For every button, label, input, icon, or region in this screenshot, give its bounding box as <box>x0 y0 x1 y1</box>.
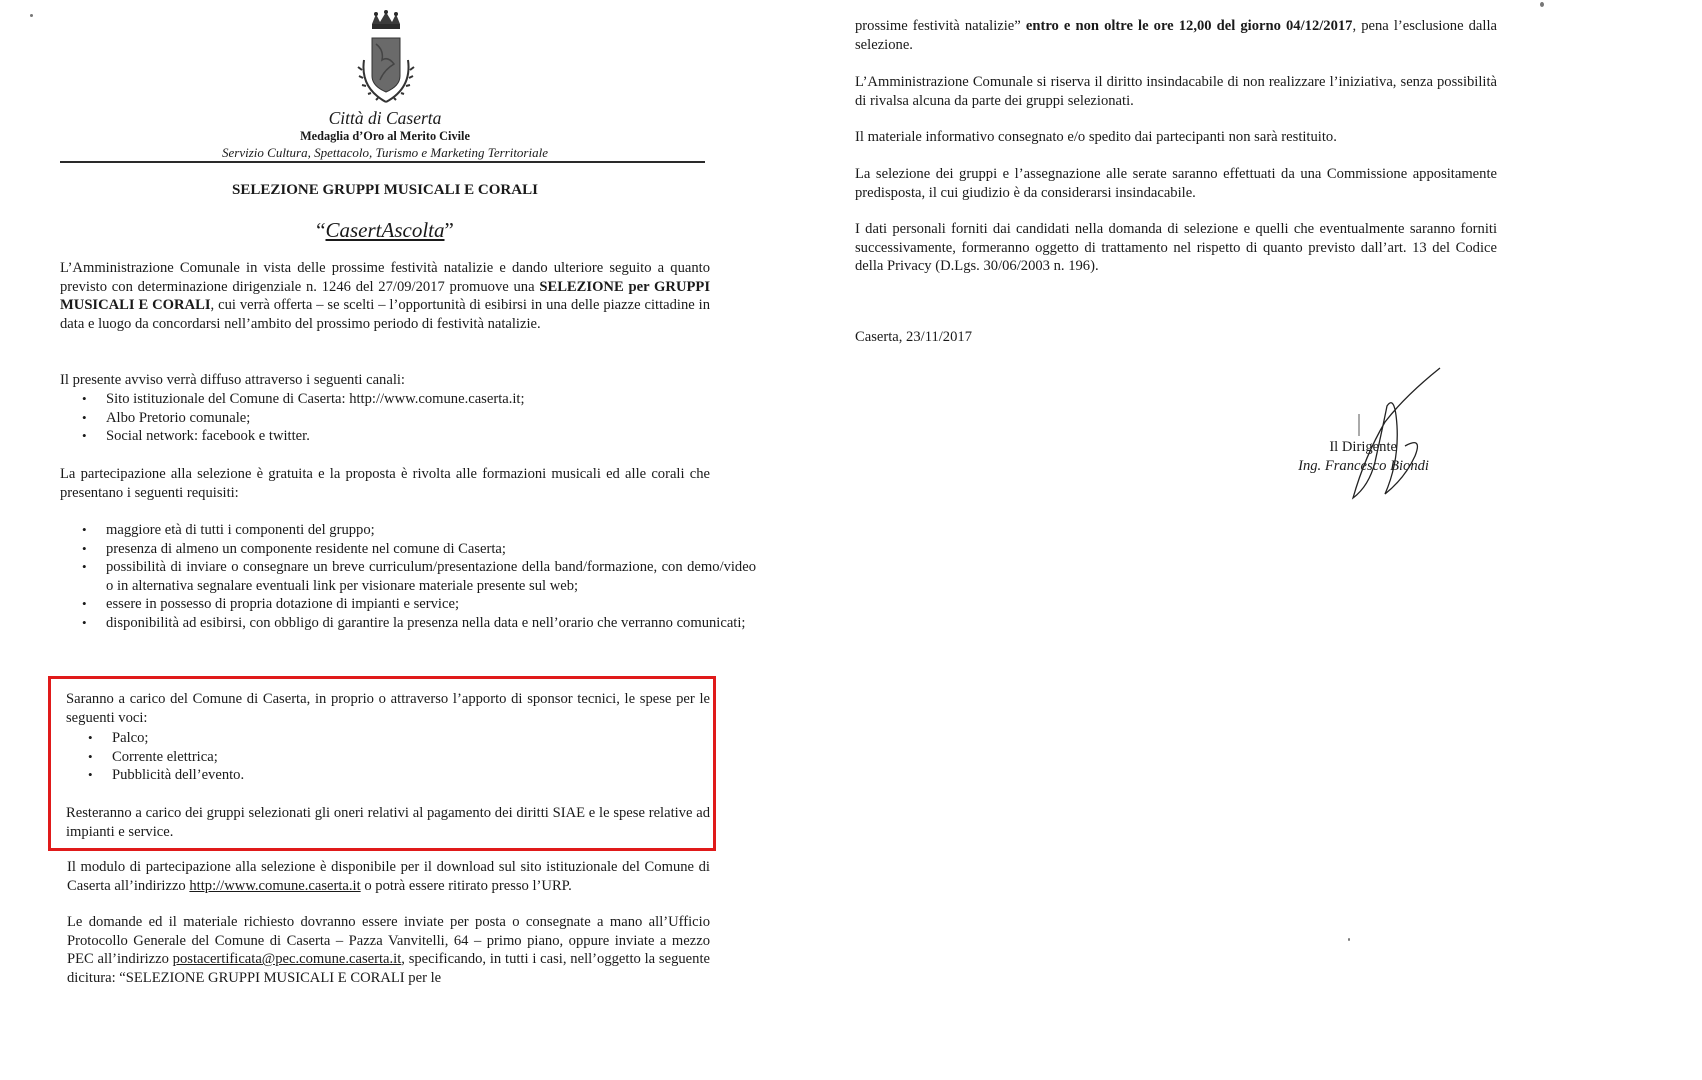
list-item: Pubblicità dell’evento. <box>112 766 762 785</box>
list-item: Corrente elettrica; <box>112 748 762 767</box>
deadline-paragraph: prossime festività natalizie” entro e no… <box>855 17 1497 54</box>
close-quote: ” <box>445 218 454 242</box>
scan-speck <box>1348 938 1350 941</box>
city-name: Città di Caserta <box>60 108 710 128</box>
document-subtitle: “CasertAscolta” <box>60 218 710 242</box>
place-date: Caserta, 23/11/2017 <box>855 328 1155 347</box>
intro-paragraph: L’Amministrazione Comunale in vista dell… <box>60 259 710 333</box>
costs-lead: Saranno a carico del Comune di Caserta, … <box>66 690 710 727</box>
list-item: possibilità di inviare o consegnare un b… <box>106 558 756 595</box>
handwritten-signature-icon <box>1345 366 1455 502</box>
reserve-paragraph: L’Amministrazione Comunale si riserva il… <box>855 73 1497 110</box>
document-title: SELEZIONE GRUPPI MUSICALI E CORALI <box>60 181 710 199</box>
list-item: Palco; <box>112 729 762 748</box>
website-link[interactable]: http://www.comune.caserta.it <box>189 878 360 894</box>
privacy-paragraph: I dati personali forniti dai candidati n… <box>855 220 1497 276</box>
initiative-name: CasertAscolta <box>326 218 445 242</box>
list-item: disponibilità ad esibirsi, con obbligo d… <box>106 614 756 633</box>
costs-list: Palco; Corrente elettrica; Pubblicità de… <box>66 729 762 785</box>
channels-list: Sito istituzionale del Comune di Caserta… <box>60 390 756 446</box>
requirements-lead: La partecipazione alla selezione è gratu… <box>60 465 710 502</box>
header-divider <box>60 161 705 163</box>
material-paragraph: Il materiale informativo consegnato e/o … <box>855 128 1497 147</box>
list-item: Sito istituzionale del Comune di Caserta… <box>106 390 756 409</box>
scan-speck <box>1540 2 1544 7</box>
list-item: presenza di almeno un componente residen… <box>106 540 756 559</box>
channels-lead: Il presente avviso verrà diffuso attrave… <box>60 371 710 390</box>
coat-of-arms-icon <box>354 10 418 106</box>
download-paragraph: Il modulo di partecipazione alla selezio… <box>67 858 710 895</box>
deadline-text-1: prossime festività natalizie” <box>855 18 1026 34</box>
list-item: Albo Pretorio comunale; <box>106 409 756 428</box>
medal-line: Medaglia d’Oro al Merito Civile <box>60 129 710 144</box>
submission-paragraph: Le domande ed il materiale richiesto dov… <box>67 913 710 987</box>
commission-paragraph: La selezione dei gruppi e l’assegnazione… <box>855 165 1497 202</box>
list-item: essere in possesso di propria dotazione … <box>106 595 756 614</box>
open-quote: “ <box>316 218 325 242</box>
download-text-2: o potrà essere ritirato presso l’URP. <box>361 878 572 894</box>
group-costs-paragraph: Resteranno a carico dei gruppi seleziona… <box>66 804 710 841</box>
requirements-list: maggiore età di tutti i componenti del g… <box>60 521 756 633</box>
list-item: Social network: facebook e twitter. <box>106 427 756 446</box>
scan-speck <box>30 14 33 17</box>
list-item: maggiore età di tutti i componenti del g… <box>106 521 756 540</box>
pec-email-link[interactable]: postacertificata@pec.comune.caserta.it <box>173 951 402 967</box>
service-line: Servizio Cultura, Spettacolo, Turismo e … <box>60 145 710 160</box>
deadline-bold: entro e non oltre le ore 12,00 del giorn… <box>1026 18 1353 34</box>
